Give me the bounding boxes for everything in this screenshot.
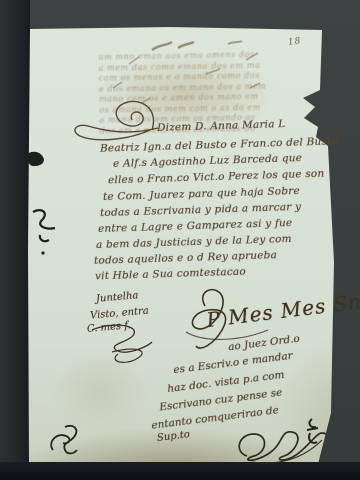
scan-background-bottom-band	[0, 462, 360, 480]
scan-background-left-band	[0, 0, 30, 480]
page-number: 18	[287, 36, 302, 48]
manuscript-scan: 18 um mno eman aos ema omens dos a mem d…	[0, 0, 360, 480]
